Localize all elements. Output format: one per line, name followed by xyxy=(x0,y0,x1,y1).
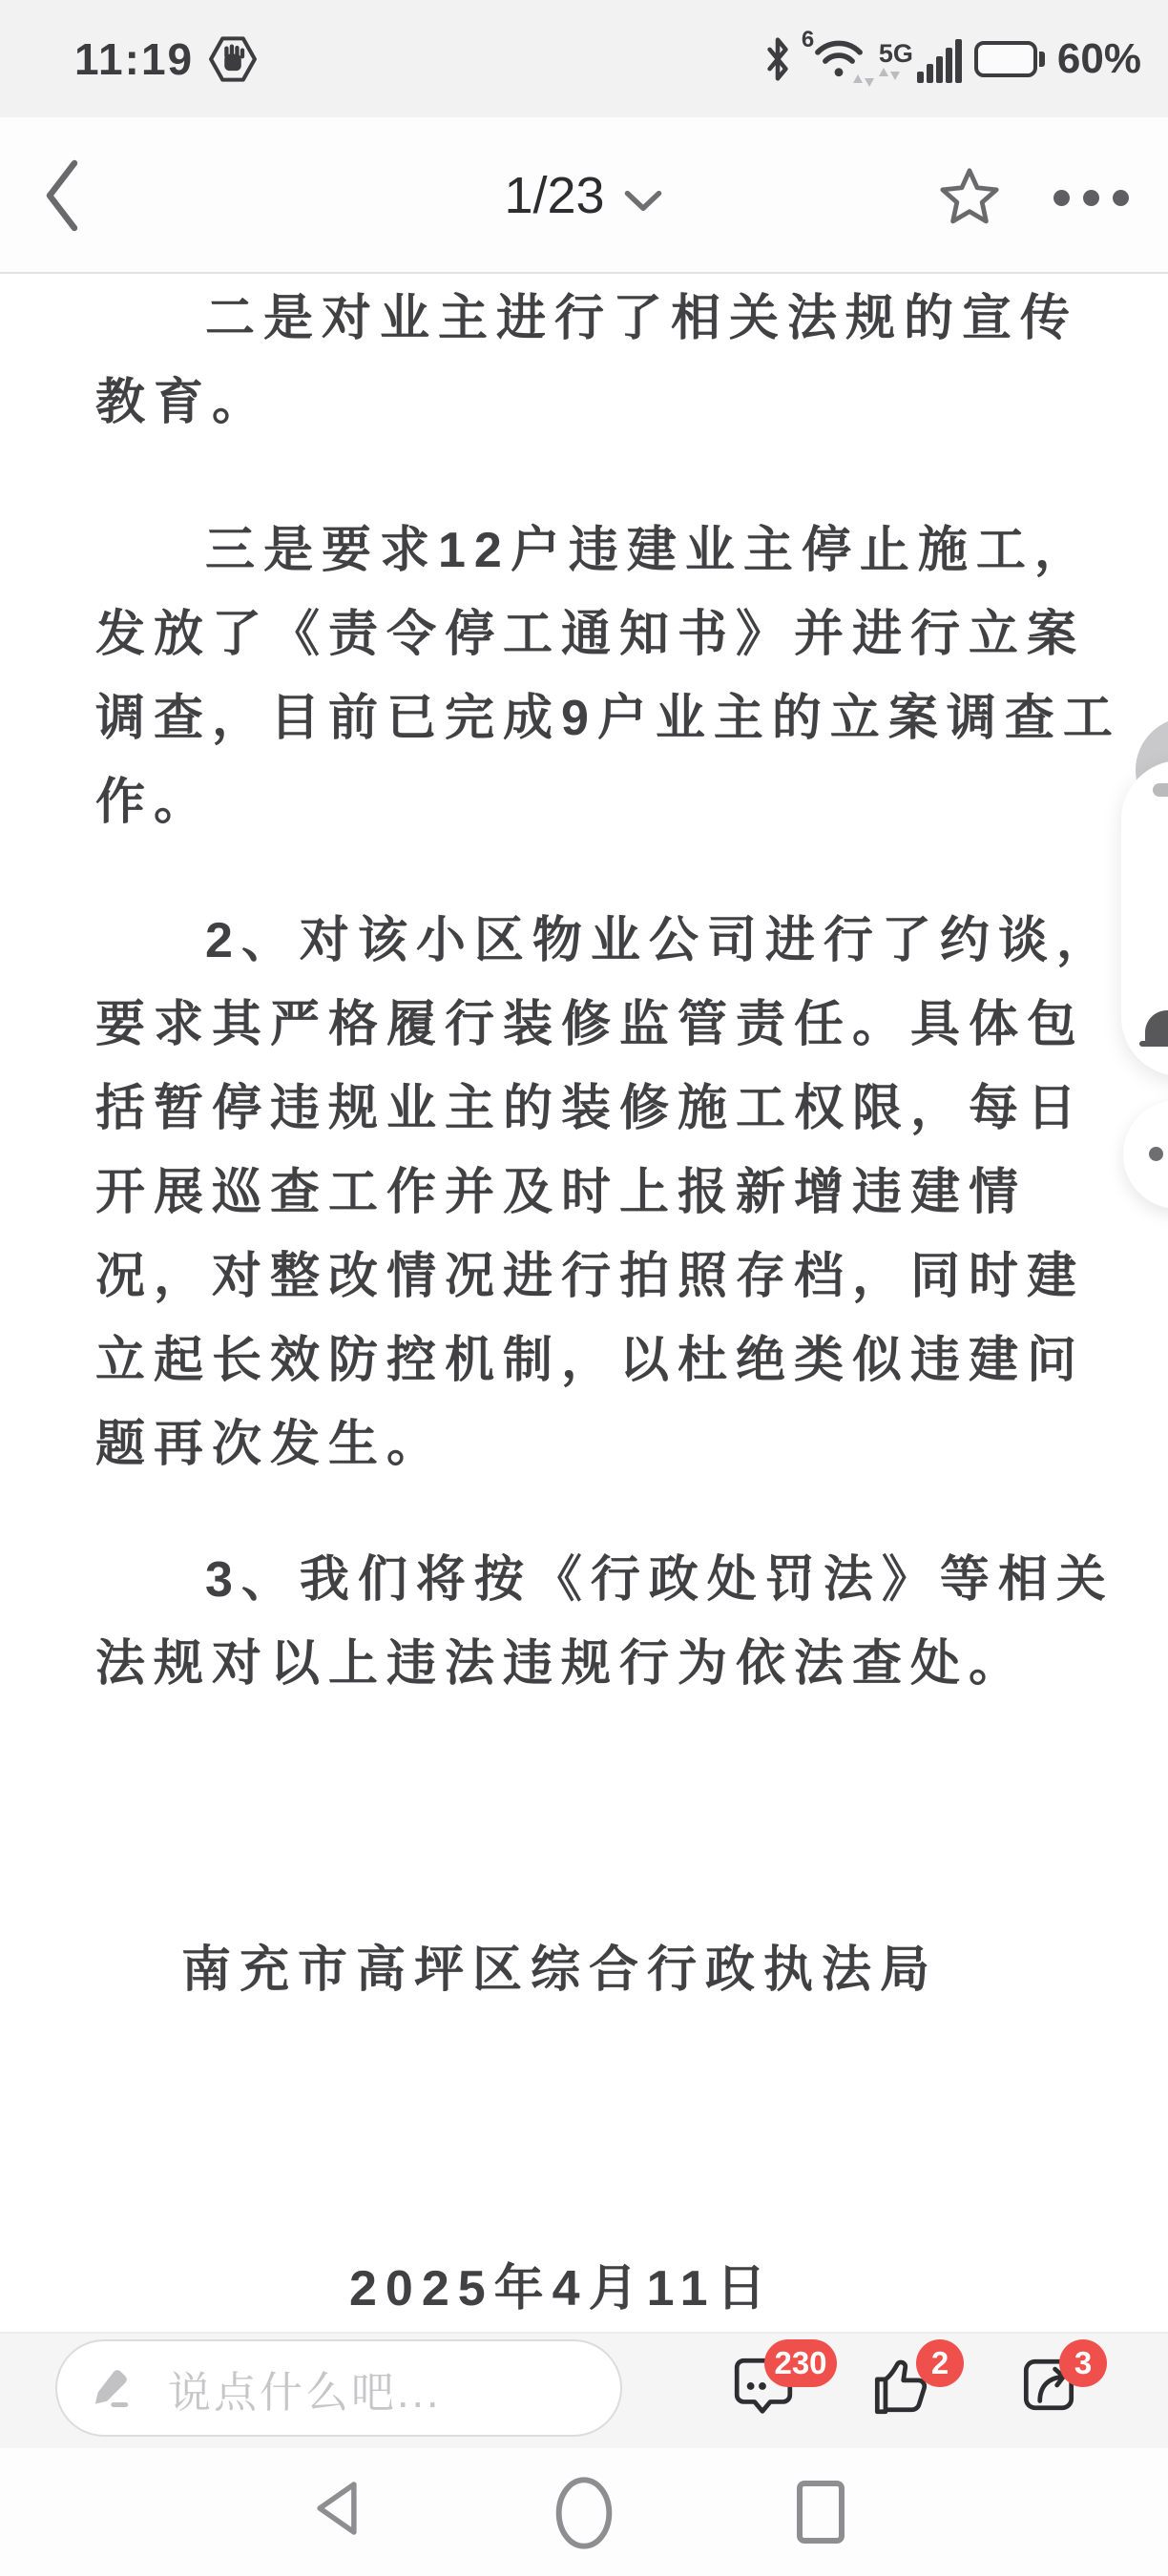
document-line: 教育。 xyxy=(95,361,1111,445)
nav-recents-button[interactable] xyxy=(797,2481,845,2544)
document-line: 二是对业主进行了相关法规的宣传 xyxy=(95,277,1111,361)
nav-back-button[interactable] xyxy=(311,2479,363,2543)
likes-badge: 2 xyxy=(916,2339,964,2387)
clock: 11:19 xyxy=(74,33,194,85)
page-indicator: 1/23 xyxy=(504,166,604,225)
document-line: 发放了《责令停工通知书》并进行立案 xyxy=(95,592,1111,676)
document-paragraph: 南充市高坪区综合行政执法局 xyxy=(95,1928,1111,2012)
document-line: 2025年4月11日 xyxy=(349,2247,1111,2331)
more-dots-icon xyxy=(1053,190,1129,206)
document-line: 括暂停违规业主的装修施工权限，每日 xyxy=(95,1067,1111,1151)
document-line: 开展巡查工作并及时上报新增违建情 xyxy=(95,1151,1111,1235)
bell-icon xyxy=(1145,1010,1168,1043)
back-triangle-icon xyxy=(311,2479,363,2538)
document-line: 要求其严格履行装修监管责任。具体包 xyxy=(95,983,1111,1067)
dot-icon xyxy=(1149,1147,1163,1161)
document-line: 3、我们将按《行政处罚法》等相关 xyxy=(95,1538,1111,1622)
document-paragraph: 3、我们将按《行政处罚法》等相关法规对以上违法违规行为依法查处。 xyxy=(95,1538,1111,1706)
more-menu-button[interactable] xyxy=(1053,178,1139,217)
document-line: 况，对整改情况进行拍照存档，同时建 xyxy=(95,1235,1111,1319)
comments-badge: 230 xyxy=(764,2339,837,2387)
floating-sidebar[interactable] xyxy=(1121,760,1168,1076)
comment-input[interactable]: 说点什么吧... xyxy=(55,2339,622,2437)
document-paragraph: 三是要求12户违建业主停止施工，发放了《责令停工通知书》并进行立案调查，目前已完… xyxy=(95,509,1111,844)
document-line: 题再次发生。 xyxy=(95,1402,1111,1486)
battery-percent: 60% xyxy=(1057,35,1141,83)
document-line: 三是要求12户违建业主停止施工， xyxy=(95,509,1111,592)
android-nav-bar xyxy=(0,2448,1168,2576)
favorite-button[interactable] xyxy=(935,163,1004,232)
document-line: 作。 xyxy=(95,760,1111,844)
wifi-icon: 6 xyxy=(803,32,866,86)
home-circle-icon xyxy=(553,2475,615,2551)
document-line: 南充市高坪区综合行政执法局 xyxy=(95,1928,1111,2012)
document-paragraph: 2025年4月11日 xyxy=(95,2247,1111,2331)
screen: { "status_bar": { "time": "11:19", "wifi… xyxy=(0,0,1168,2576)
document-line: 调查，目前已完成9户业主的立案调查工 xyxy=(95,676,1111,760)
signal-bars-icon: 5G xyxy=(879,35,962,83)
document-body[interactable]: 二是对业主进行了相关法规的宣传教育。三是要求12户违建业主停止施工，发放了《责令… xyxy=(0,274,1168,2332)
document-paragraph: 2、对该小区物业公司进行了约谈，要求其严格履行装修监管责任。具体包括暂停违规业主… xyxy=(95,899,1111,1486)
comment-placeholder: 说点什么吧... xyxy=(168,2358,442,2420)
document-line: 2、对该小区物业公司进行了约谈， xyxy=(95,899,1111,983)
drag-handle-icon xyxy=(1153,783,1168,797)
status-bar: 11:19 6 xyxy=(0,0,1168,117)
document-paragraph: 二是对业主进行了相关法规的宣传教育。 xyxy=(95,277,1111,445)
star-icon xyxy=(935,163,1004,232)
nav-home-button[interactable] xyxy=(553,2475,615,2556)
document-line: 法规对以上违法违规行为依法查处。 xyxy=(95,1622,1111,1706)
toolbar: 1/23 xyxy=(0,117,1168,274)
bluetooth-icon xyxy=(764,35,791,83)
chevron-down-icon xyxy=(622,187,664,214)
shares-badge: 3 xyxy=(1059,2339,1107,2387)
document-line: 立起长效防控机制，以杜绝类似违建问 xyxy=(95,1319,1111,1402)
battery-icon xyxy=(974,41,1045,77)
pencil-icon xyxy=(86,2364,134,2412)
comment-bar: 说点什么吧... 230 2 3 xyxy=(0,2332,1168,2448)
hand-mode-icon xyxy=(207,33,259,85)
